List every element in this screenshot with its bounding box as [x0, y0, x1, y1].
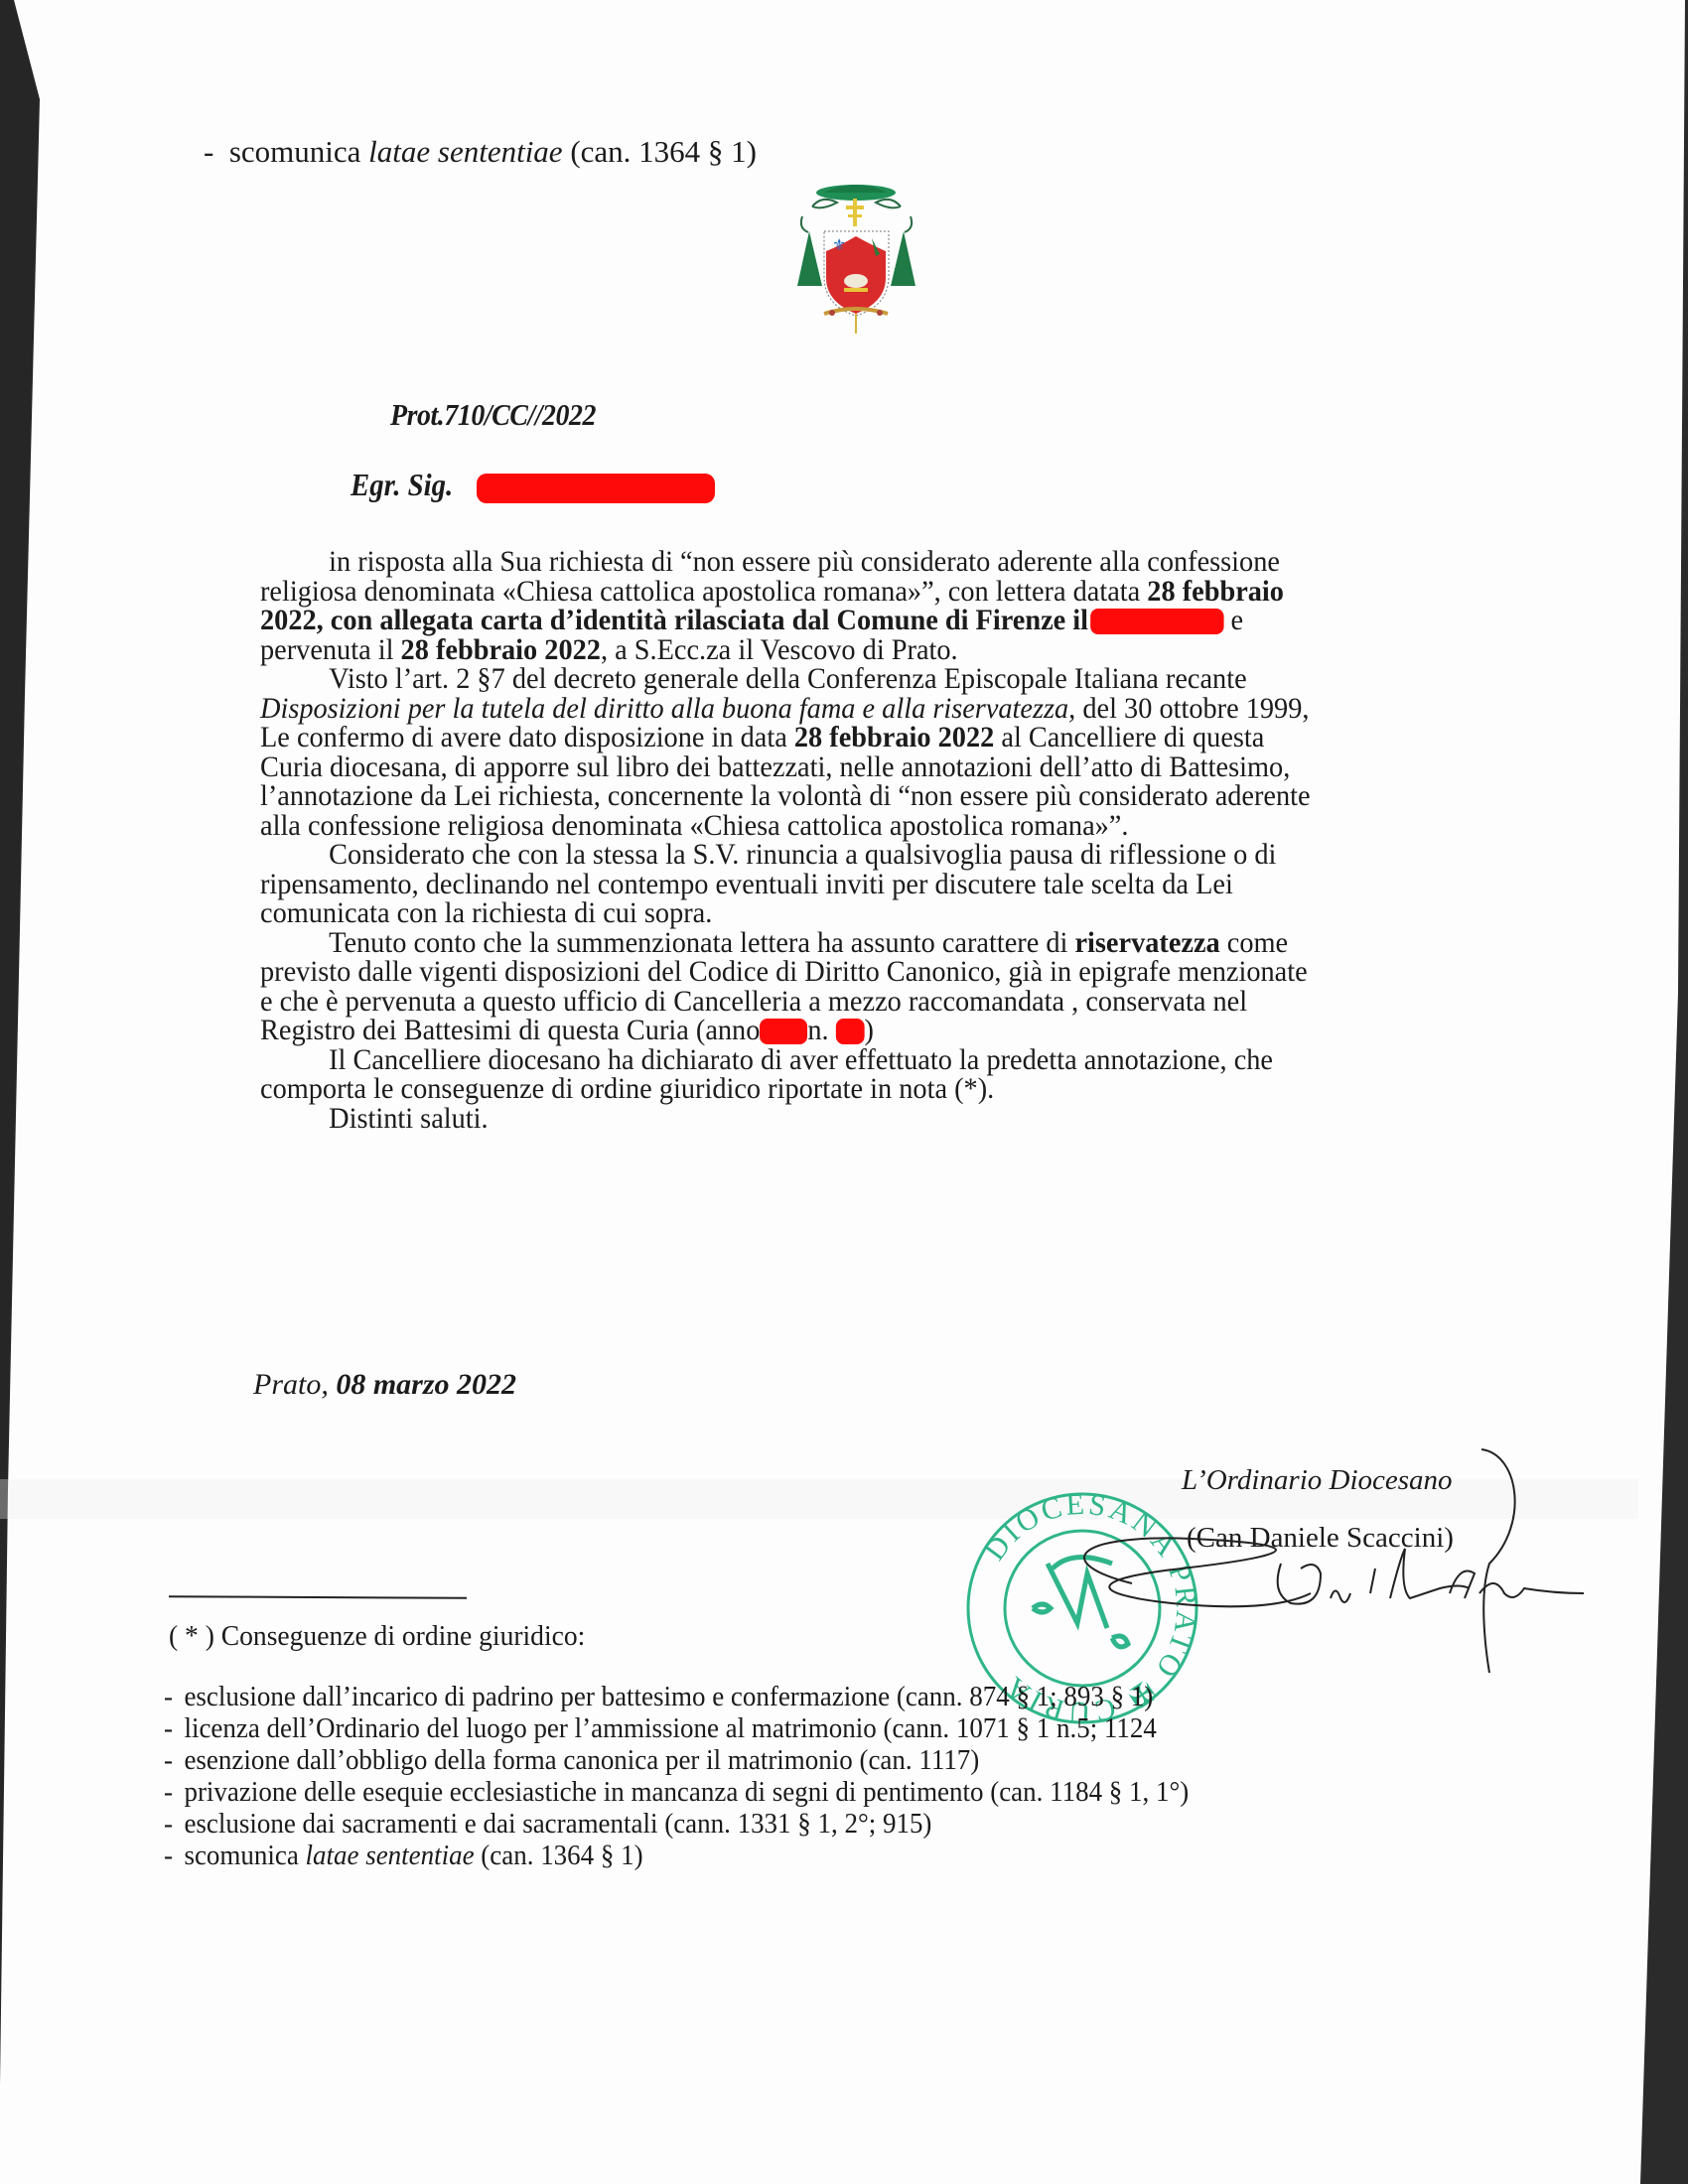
- body-line: 2022, con allegata carta d’identità rila…: [260, 607, 1433, 636]
- body-line: ripensamento, declinando nel contempo ev…: [260, 871, 1433, 900]
- item-text: esenzione dall’obbligo della forma canon…: [184, 1744, 979, 1776]
- text: e: [1230, 605, 1243, 636]
- redacted-number: [836, 1019, 865, 1044]
- redacted-date: [1090, 609, 1223, 634]
- body-line: previsto dalle vigenti disposizioni del …: [260, 958, 1433, 988]
- item-text: licenza dell’Ordinario del luogo per l’a…: [184, 1712, 1156, 1744]
- closing: Distinti saluti.: [260, 1105, 1433, 1135]
- bold-date: 28 febbraio 2022: [401, 634, 601, 666]
- footnote-item: -esenzione dall’obbligo della forma cano…: [164, 1744, 1189, 1776]
- footnote-item: -esclusione dall’incarico di padrino per…: [164, 1681, 1189, 1712]
- footnote-item: -esclusione dai sacramenti e dai sacrame…: [164, 1808, 1189, 1840]
- bold-date: 28 febbraio: [1147, 576, 1284, 608]
- text: Tenuto conto che la summenzionata letter…: [329, 927, 1074, 959]
- body-line: Registro dei Battesimi di questa Curia (…: [260, 1017, 1433, 1046]
- text: Le confermo di avere dato disposizione i…: [260, 722, 794, 753]
- canon-ref: (can. 1364 § 1): [563, 134, 757, 169]
- body-line: alla confessione religiosa denominata «C…: [260, 812, 1433, 842]
- bold-text: 2022, con allegata carta d’identità rila…: [260, 605, 1088, 636]
- text: del 30 ottobre 1999,: [1075, 693, 1309, 725]
- bullet-dash: -: [204, 134, 213, 169]
- text: religiosa denominata «Chiesa cattolica a…: [260, 576, 1147, 608]
- body-line: Disposizioni per la tutela del diritto a…: [260, 695, 1433, 725]
- body-line: Visto l’art. 2 §7 del decreto generale d…: [260, 665, 1433, 695]
- footnote-separator: [169, 1595, 467, 1599]
- letter-body: in risposta alla Sua richiesta di “non e…: [260, 548, 1433, 1134]
- coat-of-arms-icon: ⚜: [794, 177, 918, 336]
- italic-term: latae sententiae: [368, 134, 562, 169]
- body-line: Le confermo di avere dato disposizione i…: [260, 724, 1433, 753]
- item-text: scomunica: [184, 1840, 305, 1871]
- body-line: pervenuta il 28 febbraio 2022, a S.Ecc.z…: [260, 636, 1433, 666]
- footnote-item: -scomunica latae sententiae (can. 1364 §…: [164, 1840, 1189, 1871]
- item-text: esclusione dall’incarico di padrino per …: [184, 1681, 1153, 1712]
- item-text: privazione delle esequie ecclesiastiche …: [184, 1776, 1189, 1808]
- body-line: e che è pervenuta a questo ufficio di Ca…: [260, 988, 1433, 1018]
- item-text: esclusione dai sacramenti e dai sacramen…: [184, 1808, 931, 1840]
- body-line: l’annotazione da Lei richiesta, concerne…: [260, 782, 1433, 812]
- carryover-line: - scomunica latae sententiae (can. 1364 …: [204, 134, 757, 170]
- footnote-list: -esclusione dall’incarico di padrino per…: [164, 1681, 1189, 1871]
- bold-text: riservatezza: [1074, 927, 1219, 959]
- handwritten-signature: [1053, 1444, 1609, 1683]
- body-line: Considerato che con la stessa la S.V. ri…: [260, 841, 1433, 871]
- canon-ref: (can. 1364 § 1): [475, 1840, 643, 1871]
- body-line: in risposta alla Sua richiesta di “non e…: [260, 548, 1433, 578]
- text: Registro dei Battesimi di questa Curia (…: [260, 1015, 760, 1046]
- body-line: comunicata con la richiesta di cui sopra…: [260, 899, 1433, 929]
- bold-date: 28 febbraio 2022: [794, 722, 994, 753]
- body-line: Tenuto conto che la summenzionata letter…: [260, 929, 1433, 959]
- line-text: scomunica: [229, 134, 368, 169]
- body-line: religiosa denominata «Chiesa cattolica a…: [260, 578, 1433, 608]
- body-line: Il Cancelliere diocesano ha dichiarato d…: [260, 1046, 1433, 1076]
- place: Prato,: [253, 1368, 336, 1401]
- text: , a S.Ecc.za il Vescovo di Prato.: [601, 634, 958, 666]
- salutation: Egr. Sig.: [351, 467, 453, 503]
- italic-title: Disposizioni per la tutela del diritto a…: [260, 693, 1075, 725]
- redacted-name: [477, 474, 715, 503]
- redacted-year: [760, 1019, 807, 1044]
- svg-text:⚜: ⚜: [832, 237, 846, 254]
- text: ): [865, 1015, 874, 1046]
- body-line: comporta le conseguenze di ordine giurid…: [260, 1075, 1433, 1105]
- date: 08 marzo 2022: [336, 1368, 516, 1401]
- text: al Cancelliere di questa: [994, 722, 1264, 753]
- text: n.: [807, 1015, 828, 1046]
- date-line: Prato, 08 marzo 2022: [253, 1368, 516, 1402]
- italic-term: latae sententiae: [306, 1840, 475, 1871]
- body-line: Curia diocesana, di apporre sul libro de…: [260, 753, 1433, 783]
- text: pervenuta il: [260, 634, 401, 666]
- text: come: [1220, 927, 1288, 959]
- footnote-item: -licenza dell’Ordinario del luogo per l’…: [164, 1712, 1189, 1744]
- protocol-number: Prot.710/CC//2022: [390, 397, 596, 433]
- footnote-item: -privazione delle esequie ecclesiastiche…: [164, 1776, 1189, 1808]
- footnote-heading: ( * ) Conseguenze di ordine giuridico:: [169, 1620, 585, 1653]
- salutation-text: Egr. Sig.: [351, 467, 453, 502]
